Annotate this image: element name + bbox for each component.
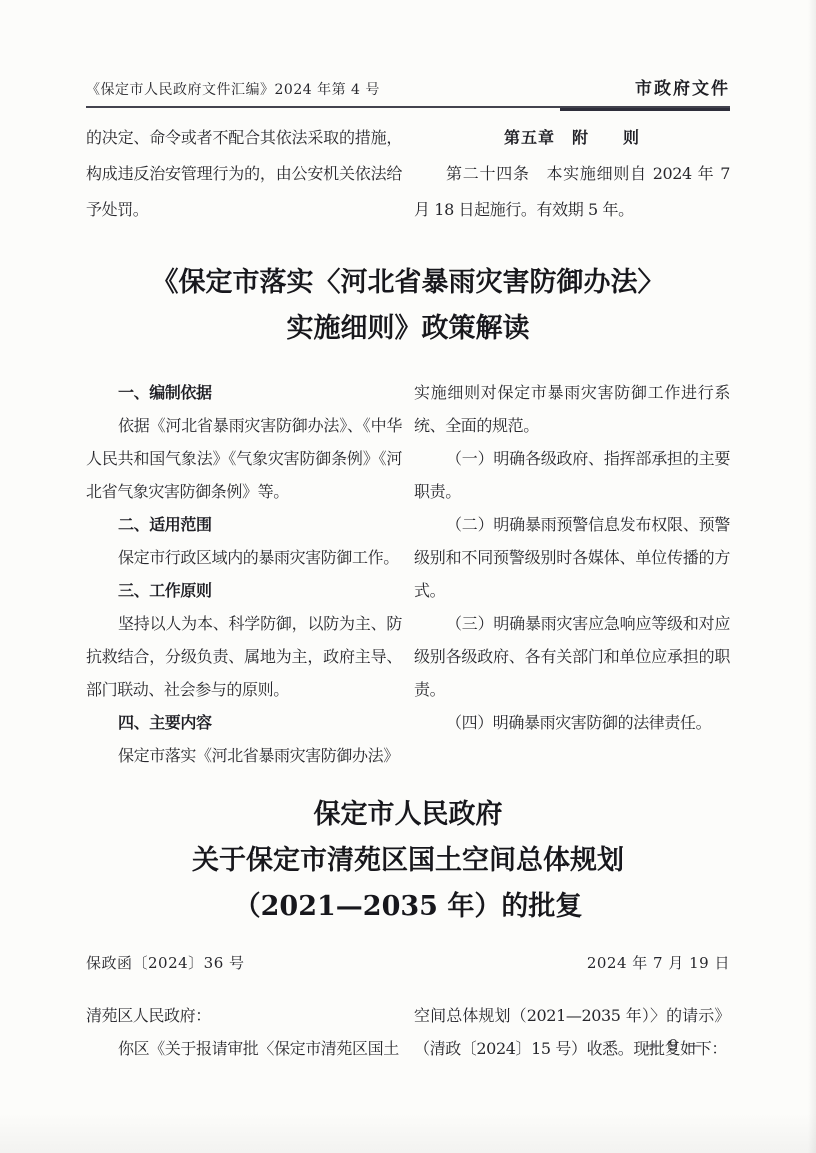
approval-title-line3: （2021—2035 年）的批复 bbox=[86, 884, 730, 930]
policy-title-line2: 实施细则》政策解读 bbox=[86, 306, 730, 352]
policy-interpretation-title: 《保定市落实〈河北省暴雨灾害防御办法〉 实施细则》政策解读 bbox=[86, 260, 730, 352]
gazette-title: 《保定市人民政府文件汇编》2024 年第 4 号 bbox=[86, 79, 380, 99]
approval-left-column: 清苑区人民政府： 你区《关于报请审批〈保定市清苑区国土 bbox=[86, 999, 402, 1065]
item-paragraph-4: （四）明确暴雨灾害防御的法律责任。 bbox=[414, 706, 730, 739]
document-number-row: 保政函〔2024〕36 号 2024 年 7 月 19 日 bbox=[86, 952, 730, 973]
page-number: — 9 — bbox=[645, 1036, 704, 1054]
approval-right-paragraph: 空间总体规划（2021—2035 年）〉的请示》（清政〔2024〕15 号）收悉… bbox=[414, 999, 730, 1065]
prev-doc-left-column: 的决定、命令或者不配合其依法采取的措施，构成违反治安管理行为的，由公安机关依法给… bbox=[86, 120, 402, 228]
page-header: 《保定市人民政府文件汇编》2024 年第 4 号 市政府文件 bbox=[86, 74, 730, 108]
section-heading-2: 二、适用范围 bbox=[86, 508, 402, 541]
header-accent-rule bbox=[560, 108, 730, 111]
document-number: 保政函〔2024〕36 号 bbox=[86, 952, 245, 973]
approval-right-column: 空间总体规划（2021—2035 年）〉的请示》（清政〔2024〕15 号）收悉… bbox=[414, 999, 730, 1065]
approval-document-body: 清苑区人民政府： 你区《关于报请审批〈保定市清苑区国土 空间总体规划（2021—… bbox=[86, 999, 730, 1065]
approval-title-line2: 关于保定市清苑区国土空间总体规划 bbox=[86, 838, 730, 884]
salutation: 清苑区人民政府： bbox=[86, 999, 402, 1032]
policy-left-column: 一、编制依据 依据《河北省暴雨灾害防御办法》、《中华人民共和国气象法》《气象灾害… bbox=[86, 376, 402, 772]
section-paragraph-3: 坚持以人为本、科学防御，以防为主、防抗救结合，分级负责、属地为主，政府主导、部门… bbox=[86, 607, 402, 706]
approval-document-title: 保定市人民政府 关于保定市清苑区国土空间总体规划 （2021—2035 年）的批… bbox=[86, 792, 730, 930]
chapter-heading: 第五章 附 则 bbox=[414, 120, 730, 156]
header-category-label: 市政府文件 bbox=[635, 74, 730, 99]
item-paragraph-1: （一）明确各级政府、指挥部承担的主要职责。 bbox=[414, 442, 730, 508]
approval-title-line1: 保定市人民政府 bbox=[86, 792, 730, 838]
prev-doc-paragraph: 的决定、命令或者不配合其依法采取的措施，构成违反治安管理行为的，由公安机关依法给… bbox=[86, 120, 402, 228]
section-heading-4: 四、主要内容 bbox=[86, 706, 402, 739]
policy-right-column: 实施细则对保定市暴雨灾害防御工作进行系统、全面的规范。 （一）明确各级政府、指挥… bbox=[414, 376, 730, 772]
item-paragraph-3: （三）明确暴雨灾害应急响应等级和对应级别各级政府、各有关部门和单位应承担的职责。 bbox=[414, 607, 730, 706]
previous-document-tail: 的决定、命令或者不配合其依法采取的措施，构成违反治安管理行为的，由公安机关依法给… bbox=[86, 120, 730, 228]
item-paragraph-2: （二）明确暴雨预警信息发布权限、预警级别和不同预警级别时各媒体、单位传播的方式。 bbox=[414, 508, 730, 607]
prev-doc-right-column: 第五章 附 则 第二十四条 本实施细则自 2024 年 7 月 18 日起施行。… bbox=[414, 120, 730, 228]
scanned-document-page: 《保定市人民政府文件汇编》2024 年第 4 号 市政府文件 的决定、命令或者不… bbox=[0, 0, 816, 1153]
section-paragraph-1: 依据《河北省暴雨灾害防御办法》、《中华人民共和国气象法》《气象灾害防御条例》《河… bbox=[86, 409, 402, 508]
policy-title-line1: 《保定市落实〈河北省暴雨灾害防御办法〉 bbox=[86, 260, 730, 306]
approval-left-paragraph: 你区《关于报请审批〈保定市清苑区国土 bbox=[86, 1032, 402, 1065]
section-paragraph-2: 保定市行政区域内的暴雨灾害防御工作。 bbox=[86, 541, 402, 574]
section-heading-3: 三、工作原则 bbox=[86, 574, 402, 607]
section-heading-1: 一、编制依据 bbox=[86, 376, 402, 409]
policy-interpretation-body: 一、编制依据 依据《河北省暴雨灾害防御办法》、《中华人民共和国气象法》《气象灾害… bbox=[86, 376, 730, 772]
continuation-paragraph: 实施细则对保定市暴雨灾害防御工作进行系统、全面的规范。 bbox=[414, 376, 730, 442]
document-date: 2024 年 7 月 19 日 bbox=[587, 952, 730, 973]
section-paragraph-4: 保定市落实《河北省暴雨灾害防御办法》 bbox=[86, 739, 402, 772]
article-paragraph: 第二十四条 本实施细则自 2024 年 7 月 18 日起施行。有效期 5 年。 bbox=[414, 156, 730, 228]
